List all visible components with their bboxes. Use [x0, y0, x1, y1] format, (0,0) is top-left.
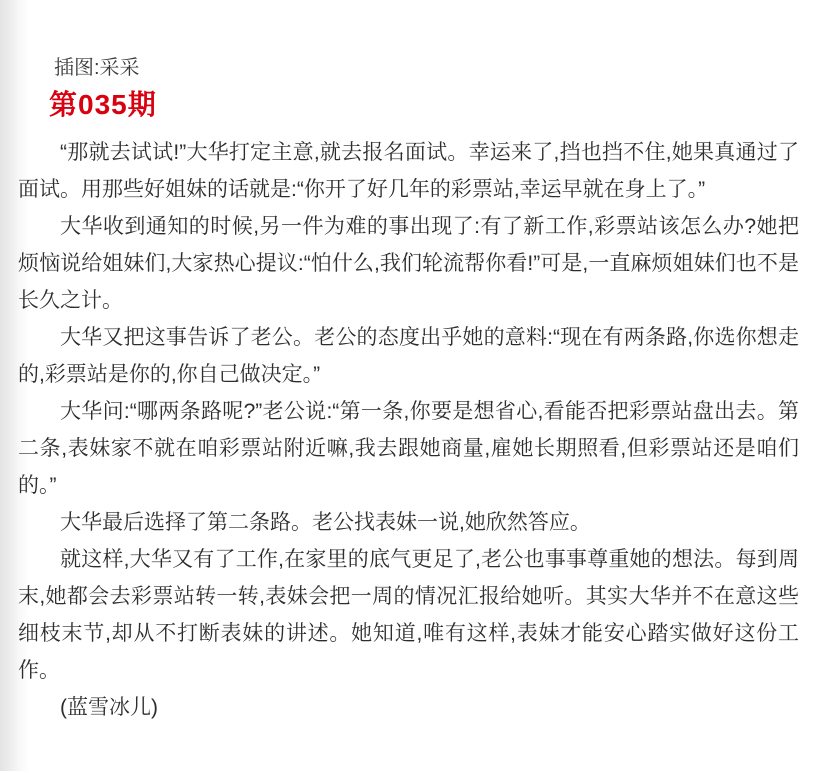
story-body: “那就去试试!”大华打定主意,就去报名面试。幸运来了,挡也挡不住,她果真通过了面…: [18, 134, 799, 689]
illustration-credit: 插图:采采: [54, 56, 799, 80]
issue-title: 第035期: [49, 89, 799, 121]
story-paragraph: 大华又把这事告诉了老公。老公的态度出乎她的意料:“现在有两条路,你选你想走的,彩…: [18, 319, 799, 393]
author-byline: (蓝雪冰儿): [18, 689, 799, 726]
story-paragraph: 就这样,大华又有了工作,在家里的底气更足了,老公也事事尊重她的想法。每到周末,她…: [18, 541, 799, 689]
story-paragraph: 大华最后选择了第二条路。老公找表妹一说,她欣然答应。: [18, 504, 799, 541]
magazine-page: 插图:采采 第035期 “那就去试试!”大华打定主意,就去报名面试。幸运来了,挡…: [0, 0, 819, 771]
story-paragraph: “那就去试试!”大华打定主意,就去报名面试。幸运来了,挡也挡不住,她果真通过了面…: [18, 134, 799, 208]
page-content: 插图:采采 第035期 “那就去试试!”大华打定主意,就去报名面试。幸运来了,挡…: [0, 0, 819, 726]
story-paragraph: 大华问:“哪两条路呢?”老公说:“第一条,你要是想省心,看能否把彩票站盘出去。第…: [18, 393, 799, 504]
story-paragraph: 大华收到通知的时候,另一件为难的事出现了:有了新工作,彩票站该怎么办?她把烦恼说…: [18, 208, 799, 319]
